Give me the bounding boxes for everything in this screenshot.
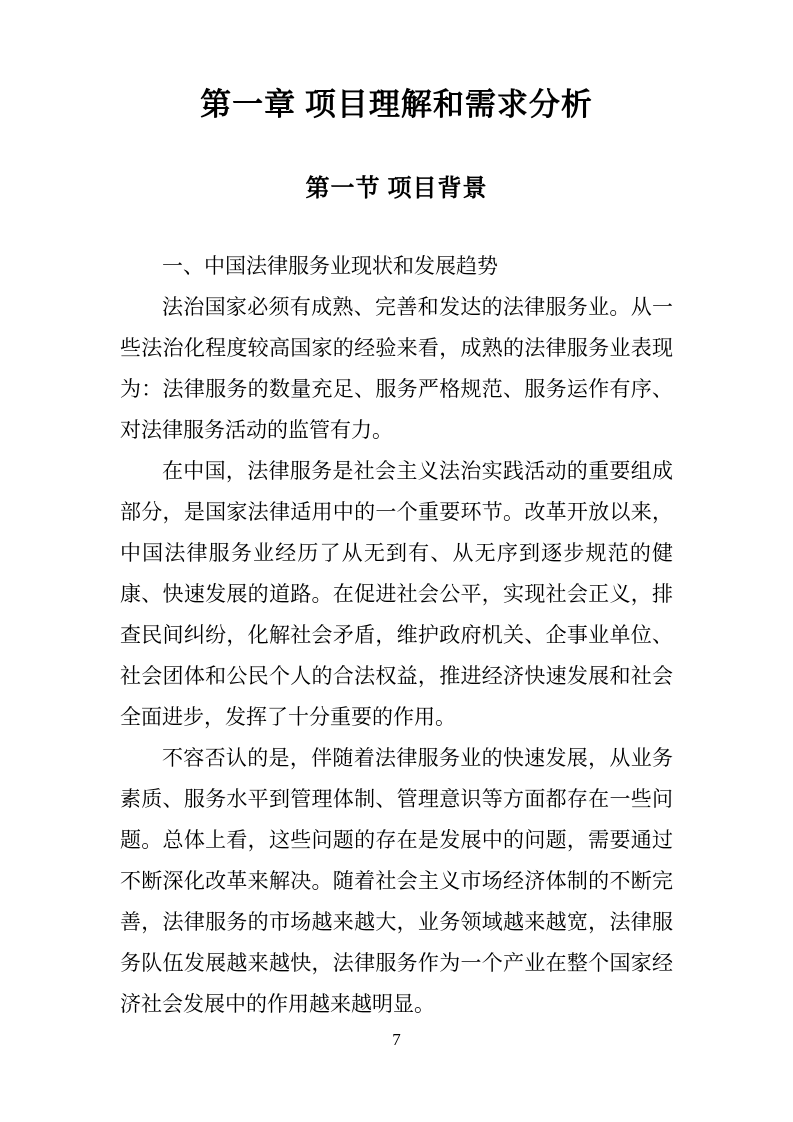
- paragraph-subheading: 一、中国法律服务业现状和发展趋势: [120, 246, 673, 287]
- document-page: 第一章 项目理解和需求分析 第一节 项目背景 一、中国法律服务业现状和发展趋势 …: [0, 0, 793, 1122]
- body-text: 一、中国法律服务业现状和发展趋势 法治国家必须有成熟、完善和发达的法律服务业。从…: [120, 246, 673, 1025]
- paragraph: 不容否认的是，伴随着法律服务业的快速发展，从业务素质、服务水平到管理体制、管理意…: [120, 738, 673, 1025]
- chapter-title: 第一章 项目理解和需求分析: [0, 0, 793, 123]
- page-number: 7: [0, 1030, 793, 1050]
- section-title: 第一节 项目背景: [0, 175, 793, 204]
- paragraph: 在中国，法律服务是社会主义法治实践活动的重要组成部分，是国家法律适用中的一个重要…: [120, 451, 673, 738]
- paragraph: 法治国家必须有成熟、完善和发达的法律服务业。从一些法治化程度较高国家的经验来看，…: [120, 287, 673, 451]
